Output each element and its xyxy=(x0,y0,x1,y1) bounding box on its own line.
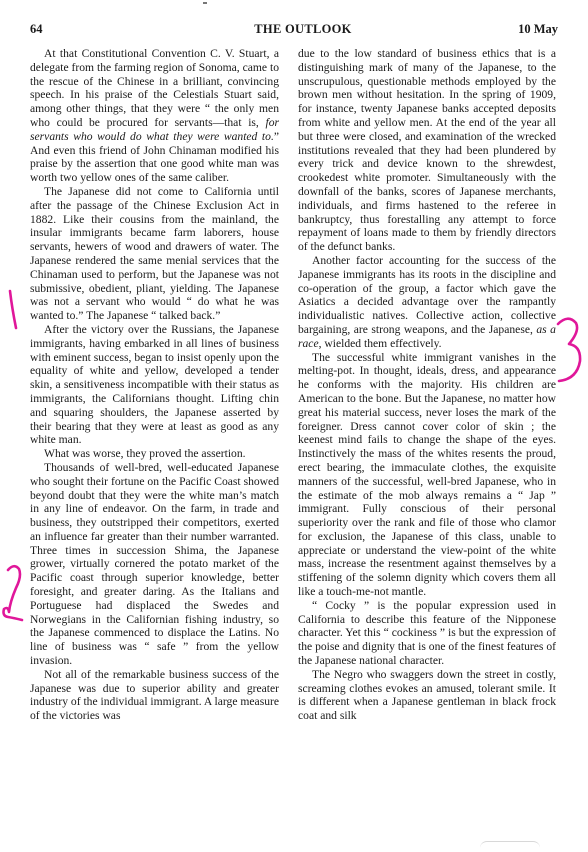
publication-title: THE OUTLOOK xyxy=(30,22,576,37)
paragraph: The Negro who swaggers down the street i… xyxy=(298,668,556,723)
right-column: due to the low standard of business ethi… xyxy=(298,47,556,723)
paragraph: Another factor accounting for the succes… xyxy=(298,254,556,351)
paragraph: Thousands of well-bred, well-educated Ja… xyxy=(30,461,279,668)
left-column: At that Constitutional Convention C. V. … xyxy=(30,47,279,723)
running-header: 64 THE OUTLOOK 10 May xyxy=(30,22,576,38)
paragraph: Not all of the remarkable business succe… xyxy=(30,668,279,723)
annotation-mark-3-icon xyxy=(553,315,583,387)
annotation-mark-1-icon xyxy=(6,288,20,332)
paragraph: After the victory over the Russians, the… xyxy=(30,323,279,447)
paragraph: The Japanese did not come to California … xyxy=(30,185,279,323)
paragraph-continued: due to the low standard of business ethi… xyxy=(298,47,556,254)
annotation-mark-2-icon xyxy=(2,562,24,624)
paragraph: What was worse, they proved the assertio… xyxy=(30,447,279,461)
paragraph: At that Constitutional Convention C. V. … xyxy=(30,47,279,185)
issue-date: 10 May xyxy=(518,22,558,37)
paragraph: The successful white immigrant vanishes … xyxy=(298,351,556,599)
paragraph: “ Cocky ” is the popular expression used… xyxy=(298,599,556,668)
scan-artifact xyxy=(203,2,207,4)
scan-artifact xyxy=(480,841,540,848)
